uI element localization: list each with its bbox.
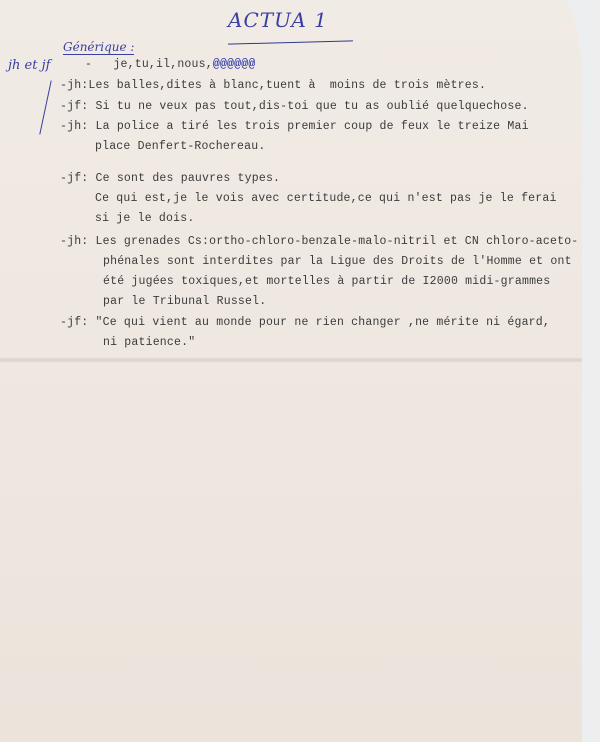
script-line: phénales sont interdites par la Ligue de… <box>103 255 572 268</box>
line-text: La police a tiré les trois premier coup … <box>96 120 529 133</box>
speaker: -jf: <box>60 100 88 113</box>
speaker: -jh: <box>60 79 88 92</box>
line-text: été jugées toxiques,et mortelles à parti… <box>103 275 550 288</box>
line-text: ni patience." <box>103 336 195 349</box>
speaker: -jh: <box>60 235 88 248</box>
typewritten-page: ACTUA 1 Générique : jh et jf - je,tu,il,… <box>0 0 582 742</box>
script-line: -jh: Les grenades Cs:ortho-chloro-benzal… <box>60 235 578 248</box>
script-line: -jh: La police a tiré les trois premier … <box>60 120 529 133</box>
generique-label: Générique : <box>63 40 134 55</box>
scribbled-out-text: @@@@@@ <box>213 58 256 71</box>
line-text: Les grenades Cs:ortho-chloro-benzale-mal… <box>96 235 579 248</box>
line-text: je,tu,il,nous, <box>113 58 212 71</box>
speaker: -jf: <box>60 316 88 329</box>
script-line: -jf: Si tu ne veux pas tout,dis-toi que … <box>60 100 529 113</box>
margin-bracket-line <box>39 80 51 134</box>
line-text: si je le dois. <box>95 212 194 225</box>
script-line: place Denfert-Rochereau. <box>95 140 265 153</box>
script-line: par le Tribunal Russel. <box>103 295 266 308</box>
line-text: phénales sont interdites par la Ligue de… <box>103 255 572 268</box>
script-line: -jh:Les balles,dites à blanc,tuent à moi… <box>60 79 486 92</box>
line-text: Ce sont des pauvres types. <box>96 172 281 185</box>
line-text: place Denfert-Rochereau. <box>95 140 265 153</box>
script-line: -jf: "Ce qui vient au monde pour ne rien… <box>60 316 550 329</box>
line-text: Ce qui est,je le vois avec certitude,ce … <box>95 192 557 205</box>
title-underline <box>228 40 353 44</box>
script-line: si je le dois. <box>95 212 194 225</box>
speaker: -jh: <box>60 120 88 133</box>
script-line: -jf: Ce sont des pauvres types. <box>60 172 280 185</box>
paper-fold <box>0 357 582 363</box>
speaker: - <box>85 58 92 71</box>
script-line: ni patience." <box>103 336 195 349</box>
script-line: été jugées toxiques,et mortelles à parti… <box>103 275 550 288</box>
line-text: Les balles,dites à blanc,tuent à moins d… <box>88 79 486 92</box>
line-text: par le Tribunal Russel. <box>103 295 266 308</box>
line-text: Si tu ne veux pas tout,dis-toi que tu as… <box>96 100 529 113</box>
margin-note: jh et jf <box>8 58 50 73</box>
page-title: ACTUA 1 <box>228 8 328 32</box>
script-line: - je,tu,il,nous,@@@@@@ <box>85 58 255 71</box>
script-line: Ce qui est,je le vois avec certitude,ce … <box>95 192 557 205</box>
line-text: "Ce qui vient au monde pour ne rien chan… <box>96 316 550 329</box>
speaker: -jf: <box>60 172 88 185</box>
